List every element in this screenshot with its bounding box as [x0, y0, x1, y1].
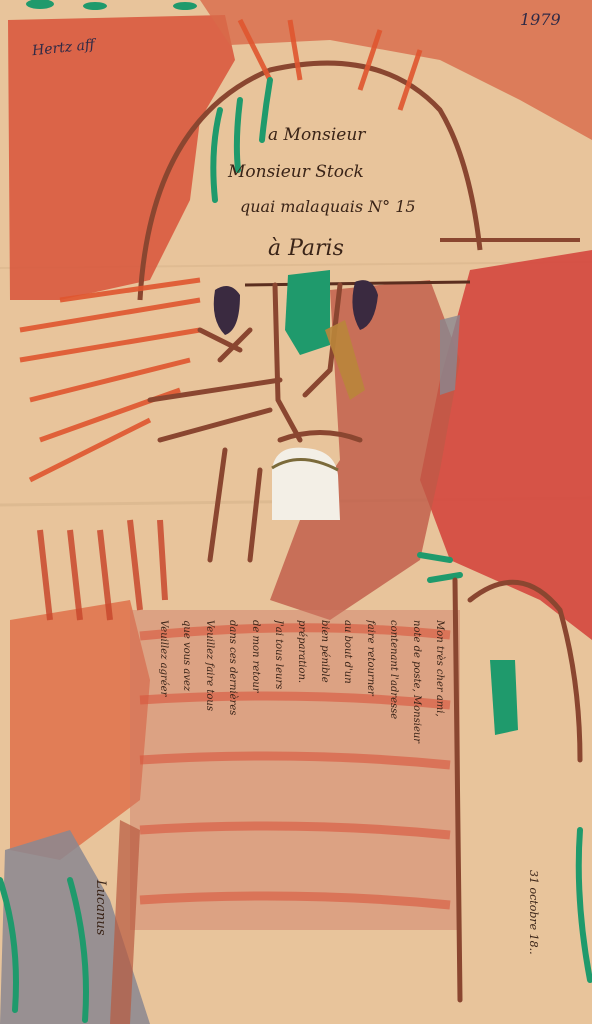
letter-body: Mon très cher ami, note de poste, Monsie…: [140, 620, 460, 1020]
address-line-1: a Monsieur: [268, 125, 365, 145]
letter-line: de mon retour: [250, 620, 261, 693]
letter-line: que vous avez: [181, 620, 192, 691]
top-right-number: 1979: [520, 10, 561, 29]
letter-line: faire retourner: [365, 620, 376, 696]
letter-line: contenant l'adresse: [388, 620, 399, 719]
letter-line: Veuillez faire tous: [204, 620, 215, 711]
letter-line: dans ces dernières: [227, 620, 238, 715]
letter-line: préparation.: [296, 620, 307, 683]
letter-date: 31 octobre 18..: [527, 870, 540, 955]
letter-line: au bout d'un: [342, 620, 353, 684]
letter-line: Mon très cher ami,: [434, 620, 445, 717]
address-line-2: Monsieur Stock: [228, 162, 364, 182]
signature: Lucanus: [93, 880, 108, 935]
address-line-4: à Paris: [268, 236, 344, 261]
letter-line: J'ai tous leurs: [273, 620, 284, 689]
letter-line: note de poste, Monsieur: [411, 620, 422, 743]
letter-line: Veuillez agréer: [158, 620, 169, 696]
address-line-3: quai malaquais N° 15: [240, 197, 416, 216]
letter-line: bien pénible: [319, 620, 330, 683]
painted-letter-photo: a Monsieur Monsieur Stock quai malaquais…: [0, 0, 592, 1024]
